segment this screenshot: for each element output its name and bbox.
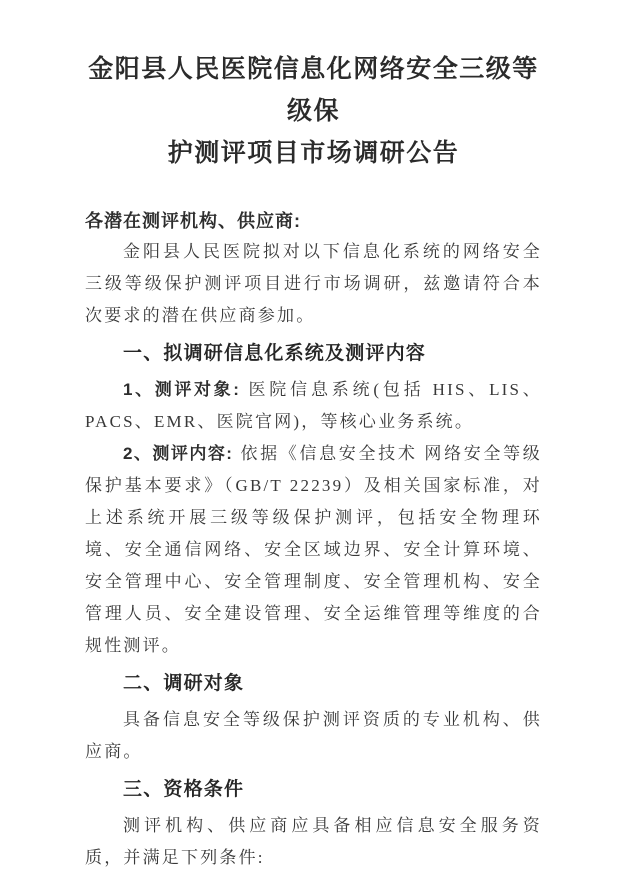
section-1-item-1-label: 1、测评对象:: [123, 380, 240, 399]
document-page: 金阳县人民医院信息化网络安全三级等级保 护测评项目市场调研公告 各潜在测评机构、…: [0, 0, 625, 876]
section-3-paragraph: 测评机构、供应商应具备相应信息安全服务资质，并满足下列条件:: [85, 810, 542, 874]
section-1-item-2: 2、测评内容:依据《信息安全技术 网络安全等级保护基本要求》（GB/T 2223…: [85, 438, 542, 662]
salutation: 各潜在测评机构、供应商:: [85, 206, 542, 236]
intro-paragraph: 金阳县人民医院拟对以下信息化系统的网络安全三级等级保护测评项目进行市场调研，兹邀…: [85, 236, 542, 332]
section-1-heading: 一、拟调研信息化系统及测评内容: [85, 338, 542, 370]
section-2-heading: 二、调研对象: [85, 668, 542, 700]
section-1-item-2-text: 依据《信息安全技术 网络安全等级保护基本要求》（GB/T 22239）及相关国家…: [85, 444, 542, 655]
section-3-heading: 三、资格条件: [85, 774, 542, 806]
section-1-item-1: 1、测评对象:医院信息系统(包括 HIS、LIS、PACS、EMR、医院官网)，…: [85, 374, 542, 438]
title-line-2: 护测评项目市场调研公告: [85, 132, 542, 174]
section-2-paragraph: 具备信息安全等级保护测评资质的专业机构、供应商。: [85, 704, 542, 768]
title-line-1: 金阳县人民医院信息化网络安全三级等级保: [85, 48, 542, 132]
document-title: 金阳县人民医院信息化网络安全三级等级保 护测评项目市场调研公告: [85, 48, 542, 174]
section-1-item-2-label: 2、测评内容:: [123, 444, 233, 463]
